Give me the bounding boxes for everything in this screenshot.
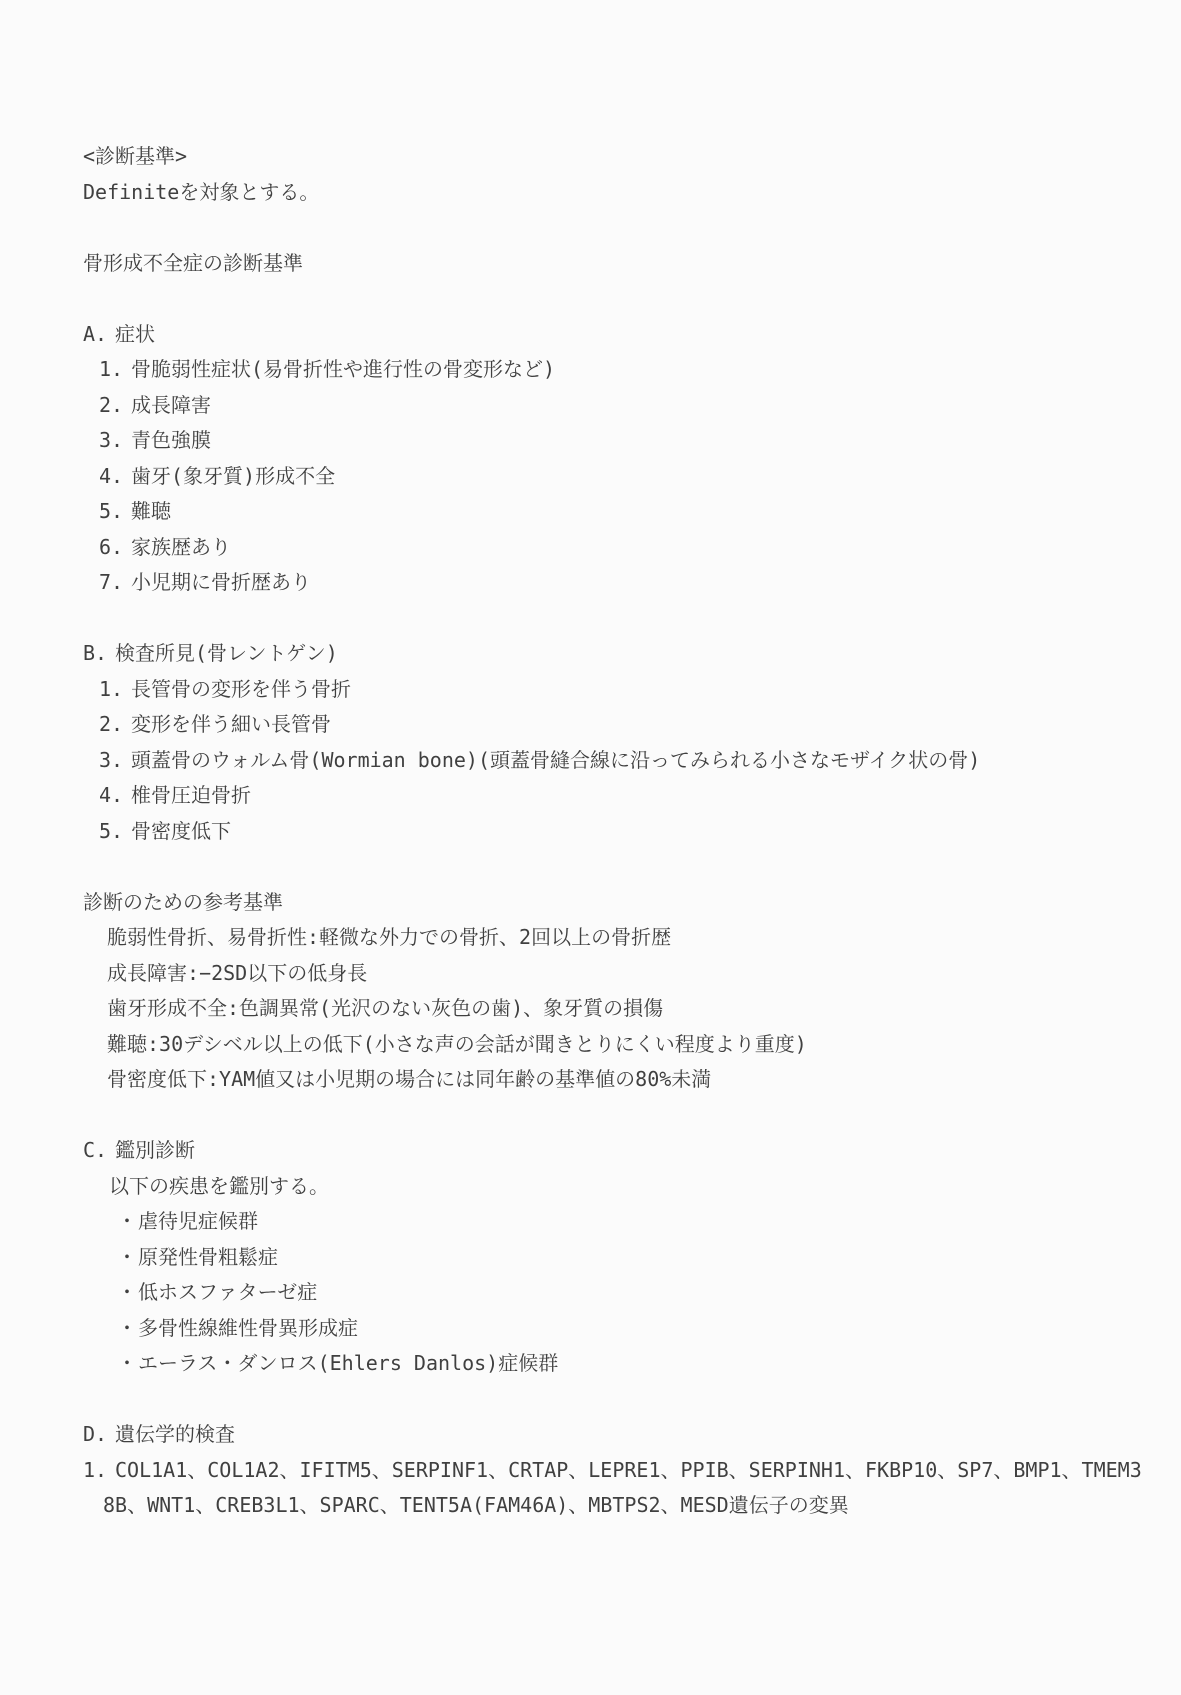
item-number: 1. — [99, 352, 123, 388]
item-text: 低ホスファターゼ症 — [138, 1275, 317, 1311]
bullet-icon: ・ — [117, 1275, 133, 1311]
list-item: ・低ホスファターゼ症 — [83, 1275, 1141, 1311]
item-number: 5. — [99, 494, 123, 530]
list-item: 4.椎骨圧迫骨折 — [83, 778, 1141, 814]
list-item: 3.頭蓋骨のウォルム骨(Wormian bone)(頭蓋骨縫合線に沿ってみられる… — [83, 743, 1141, 779]
list-item: 6.家族歴あり — [83, 530, 1141, 566]
item-text: 原発性骨粗鬆症 — [138, 1240, 278, 1276]
gene-list-line2: 8B、WNT1、CREB3L1、SPARC、TENT5A(FAM46A)、MBT… — [103, 1488, 849, 1524]
section-d-heading: D.遺伝学的検査 — [83, 1417, 1141, 1453]
section-c-intro: 以下の疾患を鑑別する。 — [83, 1169, 1141, 1205]
item-number: 4. — [99, 778, 123, 814]
section-b-label: B. — [83, 636, 107, 672]
bullet-icon: ・ — [117, 1311, 133, 1347]
item-number: 6. — [99, 530, 123, 566]
item-text: 多骨性線維性骨異形成症 — [138, 1311, 358, 1347]
criteria-heading: <診断基準> — [83, 139, 1141, 175]
list-item: 1.COL1A1、COL1A2、IFITM5、SERPINF1、CRTAP、LE… — [83, 1453, 1141, 1489]
list-item: 7.小児期に骨折歴あり — [83, 565, 1141, 601]
reference-item: 脆弱性骨折、易骨折性:軽微な外力での骨折、2回以上の骨折歴 — [83, 920, 1141, 956]
page-title: 骨形成不全症の診断基準 — [83, 246, 1141, 282]
section-d-title: 遺伝学的検査 — [115, 1417, 235, 1453]
item-text: 長管骨の変形を伴う骨折 — [131, 672, 351, 708]
reference-item: 成長障害:−2SD以下の低身長 — [83, 956, 1141, 992]
list-item: ・原発性骨粗鬆症 — [83, 1240, 1141, 1276]
list-item: ・虐待児症候群 — [83, 1204, 1141, 1240]
item-number: 5. — [99, 814, 123, 850]
list-item: 2.変形を伴う細い長管骨 — [83, 707, 1141, 743]
item-number: 7. — [99, 565, 123, 601]
section-c-title: 鑑別診断 — [115, 1133, 195, 1169]
item-text: 成長障害 — [131, 388, 211, 424]
section-d-label: D. — [83, 1417, 107, 1453]
bullet-icon: ・ — [117, 1346, 133, 1382]
bullet-icon: ・ — [117, 1240, 133, 1276]
item-text: 小児期に骨折歴あり — [131, 565, 311, 601]
item-text: 虐待児症候群 — [138, 1204, 258, 1240]
section-a-label: A. — [83, 317, 107, 353]
list-item: 3.青色強膜 — [83, 423, 1141, 459]
list-item-continuation: 8B、WNT1、CREB3L1、SPARC、TENT5A(FAM46A)、MBT… — [83, 1488, 1141, 1524]
item-text: 難聴 — [131, 494, 171, 530]
item-text: 椎骨圧迫骨折 — [131, 778, 251, 814]
reference-item: 骨密度低下:YAM値又は小児期の場合には同年齢の基準値の80%未満 — [83, 1062, 1141, 1098]
list-item: 2.成長障害 — [83, 388, 1141, 424]
list-item: 1.骨脆弱性症状(易骨折性や進行性の骨変形など) — [83, 352, 1141, 388]
target-note: Definiteを対象とする。 — [83, 175, 1141, 211]
section-a: A.症状 1.骨脆弱性症状(易骨折性や進行性の骨変形など) 2.成長障害 3.青… — [83, 317, 1141, 601]
section-b-title: 検査所見(骨レントゲン) — [115, 636, 338, 672]
item-number: 1. — [83, 1453, 107, 1489]
list-item: ・多骨性線維性骨異形成症 — [83, 1311, 1141, 1347]
section-a-heading: A.症状 — [83, 317, 1141, 353]
list-item: 5.難聴 — [83, 494, 1141, 530]
reference-title: 診断のための参考基準 — [83, 885, 1141, 921]
item-text: 家族歴あり — [131, 530, 231, 566]
item-text: 変形を伴う細い長管骨 — [131, 707, 331, 743]
section-b: B.検査所見(骨レントゲン) 1.長管骨の変形を伴う骨折 2.変形を伴う細い長管… — [83, 636, 1141, 849]
item-number: 2. — [99, 707, 123, 743]
reference-criteria: 診断のための参考基準 脆弱性骨折、易骨折性:軽微な外力での骨折、2回以上の骨折歴… — [83, 885, 1141, 1098]
item-text: 骨脆弱性症状(易骨折性や進行性の骨変形など) — [131, 352, 555, 388]
item-number: 4. — [99, 459, 123, 495]
list-item: 4.歯牙(象牙質)形成不全 — [83, 459, 1141, 495]
item-number: 3. — [99, 423, 123, 459]
item-text: エーラス・ダンロス(Ehlers Danlos)症候群 — [138, 1346, 558, 1382]
item-text: 骨密度低下 — [131, 814, 231, 850]
header-block: <診断基準> Definiteを対象とする。 — [83, 139, 1141, 210]
section-c-heading: C.鑑別診断 — [83, 1133, 1141, 1169]
gene-list-line1: COL1A1、COL1A2、IFITM5、SERPINF1、CRTAP、LEPR… — [115, 1453, 1142, 1489]
section-c: C.鑑別診断 以下の疾患を鑑別する。 ・虐待児症候群 ・原発性骨粗鬆症 ・低ホス… — [83, 1133, 1141, 1382]
list-item: ・エーラス・ダンロス(Ehlers Danlos)症候群 — [83, 1346, 1141, 1382]
item-text: 頭蓋骨のウォルム骨(Wormian bone)(頭蓋骨縫合線に沿ってみられる小さ… — [131, 743, 980, 779]
item-text: 青色強膜 — [131, 423, 211, 459]
reference-item: 歯牙形成不全:色調異常(光沢のない灰色の歯)、象牙質の損傷 — [83, 991, 1141, 1027]
section-d: D.遺伝学的検査 1.COL1A1、COL1A2、IFITM5、SERPINF1… — [83, 1417, 1141, 1524]
document-page: <診断基準> Definiteを対象とする。 骨形成不全症の診断基準 A.症状 … — [0, 0, 1181, 1695]
item-number: 1. — [99, 672, 123, 708]
section-c-label: C. — [83, 1133, 107, 1169]
item-number: 2. — [99, 388, 123, 424]
item-text: 歯牙(象牙質)形成不全 — [131, 459, 335, 495]
doc-title-block: 骨形成不全症の診断基準 — [83, 246, 1141, 282]
bullet-icon: ・ — [117, 1204, 133, 1240]
reference-item: 難聴:30デシベル以上の低下(小さな声の会話が聞きとりにくい程度より重度) — [83, 1027, 1141, 1063]
list-item: 5.骨密度低下 — [83, 814, 1141, 850]
list-item: 1.長管骨の変形を伴う骨折 — [83, 672, 1141, 708]
section-a-title: 症状 — [115, 317, 155, 353]
section-b-heading: B.検査所見(骨レントゲン) — [83, 636, 1141, 672]
item-number: 3. — [99, 743, 123, 779]
